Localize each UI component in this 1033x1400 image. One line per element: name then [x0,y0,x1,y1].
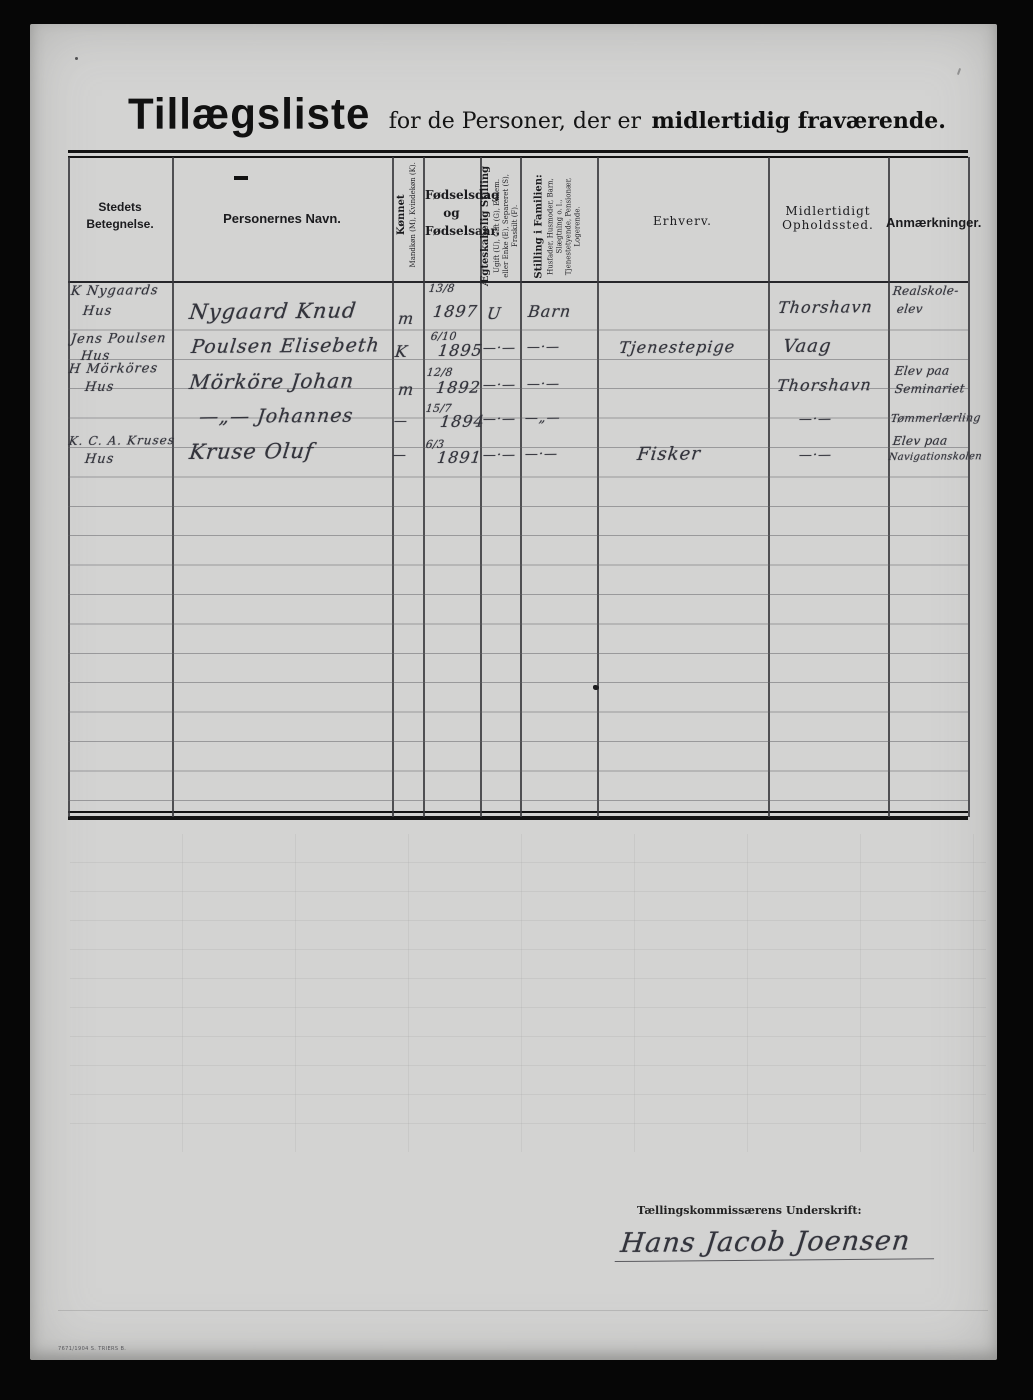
entry2-name: Poulsen Elisebeth [190,334,381,358]
entry5-marital: —·— [482,448,517,463]
entry4-family: —„— [524,411,561,426]
entry1-birth-year: 1897 [432,302,479,321]
header-birth-line1: Fødselsdag [425,186,478,204]
header-birth: Fødselsdag og Fødselsaar. [425,186,478,240]
entry3-sex: m [397,380,415,399]
printer-imprint: 7671/1904 S. TRIERS B. [58,1346,126,1352]
bleedthrough-grid [70,834,986,1152]
entry3-remarks-line2: Seminariet [894,381,966,396]
entry2-marital: —·— [482,341,517,356]
header-family-sub2: Slægtning o. l., [555,151,564,301]
entry1-birth-day: 13/8 [428,282,455,295]
entry4-birth-year: 1894 [439,412,486,431]
entry5-place-line1: K. C. A. Kruses [68,433,176,448]
ink-speck-2 [75,57,78,60]
entry5-name: Kruse Oluf [188,439,315,464]
entry4-marital: —·— [482,412,517,427]
entry1-family: Barn [527,302,572,321]
entry5-place-line2: Hus [84,452,115,467]
header-sex-title: Kønnet [396,160,409,270]
header-birth-line2: og [425,204,478,222]
entry3-birth-year: 1892 [435,378,482,397]
entry1-remarks-line2: elev [896,302,924,316]
header-marital-sub1: Ugift (U), Gift (G), Enkem. [493,151,502,301]
header-marital-sub3: Fraskilt (F). [511,151,520,301]
entry1-place-line1: K Nygaards [70,283,159,299]
entry1-residence: Thorshavn [777,297,874,317]
header-name: Personernes Navn. [180,210,384,229]
entry3-name: Mörköre Johan [188,369,356,394]
signature-label: Tællingskommissærens Underskrift: [637,1204,862,1217]
paper-sheet: Tillægsliste for de Personer, der er mid… [30,24,997,1360]
header-remarks: Anmærkninger. [886,214,970,233]
entry4-remarks-line1: Tømmerlærling [890,411,981,425]
entry5-residence: —·— [798,448,833,463]
header-family-sub3: Tjenestetyende, Pensionær, [564,151,573,301]
commissioner-signature: Hans Jacob Joensen [615,1225,938,1259]
entry3-family: —·— [526,377,561,392]
entry5-remarks-line2: Navigationskolen [888,451,983,463]
bottom-rule-thick [68,816,968,820]
entry5-family: —·— [524,447,559,462]
header-sex: Kønnet Mandkøn (M), Kvindekøn (K). [396,160,418,270]
header-family-sub4: Logerende. [573,151,582,301]
header-place: Stedets Betegnelse. [70,199,170,234]
scratch-line [58,1310,988,1311]
entry5-birth-year: 1891 [436,448,483,467]
entry1-marital: U [486,304,503,323]
entry1-remarks-line1: Realskole- [892,283,959,298]
header-birth-line3: Fødselsaar. [425,222,478,240]
entry5-remarks-line1: Elev paa [892,434,948,448]
name-column-dash [234,176,248,180]
entry2-sex: K [394,342,409,361]
header-marital-sub2: eller Enke (E), Separeret (S), [502,151,511,301]
entry5-occupation: Fisker [636,443,702,465]
header-residence: Midlertidigt Opholdssted. [768,204,888,232]
entry5-sex: — [392,448,408,463]
entry2-family: —·— [526,340,561,355]
entry1-name: Nygaard Knud [188,299,358,324]
entry2-residence: Vaag [782,336,833,357]
header-family: Stilling i Familien: Husfader, Husmoder,… [534,151,583,301]
entry3-place-line1: H Mörköres [68,361,159,377]
entry4-residence: —·— [798,412,833,427]
header-family-sub1: Husfader, Husmoder, Barn, [546,151,555,301]
entry1-sex: m [397,309,415,328]
entry4-name: —„— Johannes [198,405,355,428]
header-family-title: Stilling i Familien: [534,151,547,301]
header-occupation: Erhverv. [597,214,768,228]
entry2-occupation: Tjenestepige [618,337,736,357]
header-marital: Ægteskabelig Stilling Ugift (U), Gift (G… [480,151,520,301]
entry3-place-line2: Hus [84,380,115,395]
signature-text: Hans Jacob Joensen [615,1225,939,1262]
title-main: Tillægsliste [128,89,370,138]
title-subtitle-bold: midlertidig fraværende. [652,108,946,134]
entry2-place-line1: Jens Poulsen [70,331,167,347]
header-residence-line2: Opholdssted. [768,218,888,232]
header-sex-sub: Mandkøn (M), Kvindekøn (K). [409,160,418,270]
ink-speck-3 [957,68,961,75]
entry1-place-line2: Hus [82,304,113,319]
page-title: Tillægsliste for de Personer, der er mid… [128,90,946,138]
entry3-residence: Thorshavn [776,375,873,395]
scanned-census-page: Tillægsliste for de Personer, der er mid… [0,0,1033,1400]
entry4-sex: — [393,414,409,429]
header-marital-title: Ægteskabelig Stilling [480,151,493,301]
header-residence-line1: Midlertidigt [768,204,888,218]
entry3-remarks-line1: Elev paa [894,364,950,378]
ink-speck-1 [593,685,599,690]
entry3-marital: —·— [482,378,517,393]
entry2-birth-year: 1895 [437,341,484,360]
table-right-border [968,157,970,817]
title-subtitle-regular: for de Personer, der er [389,109,641,134]
